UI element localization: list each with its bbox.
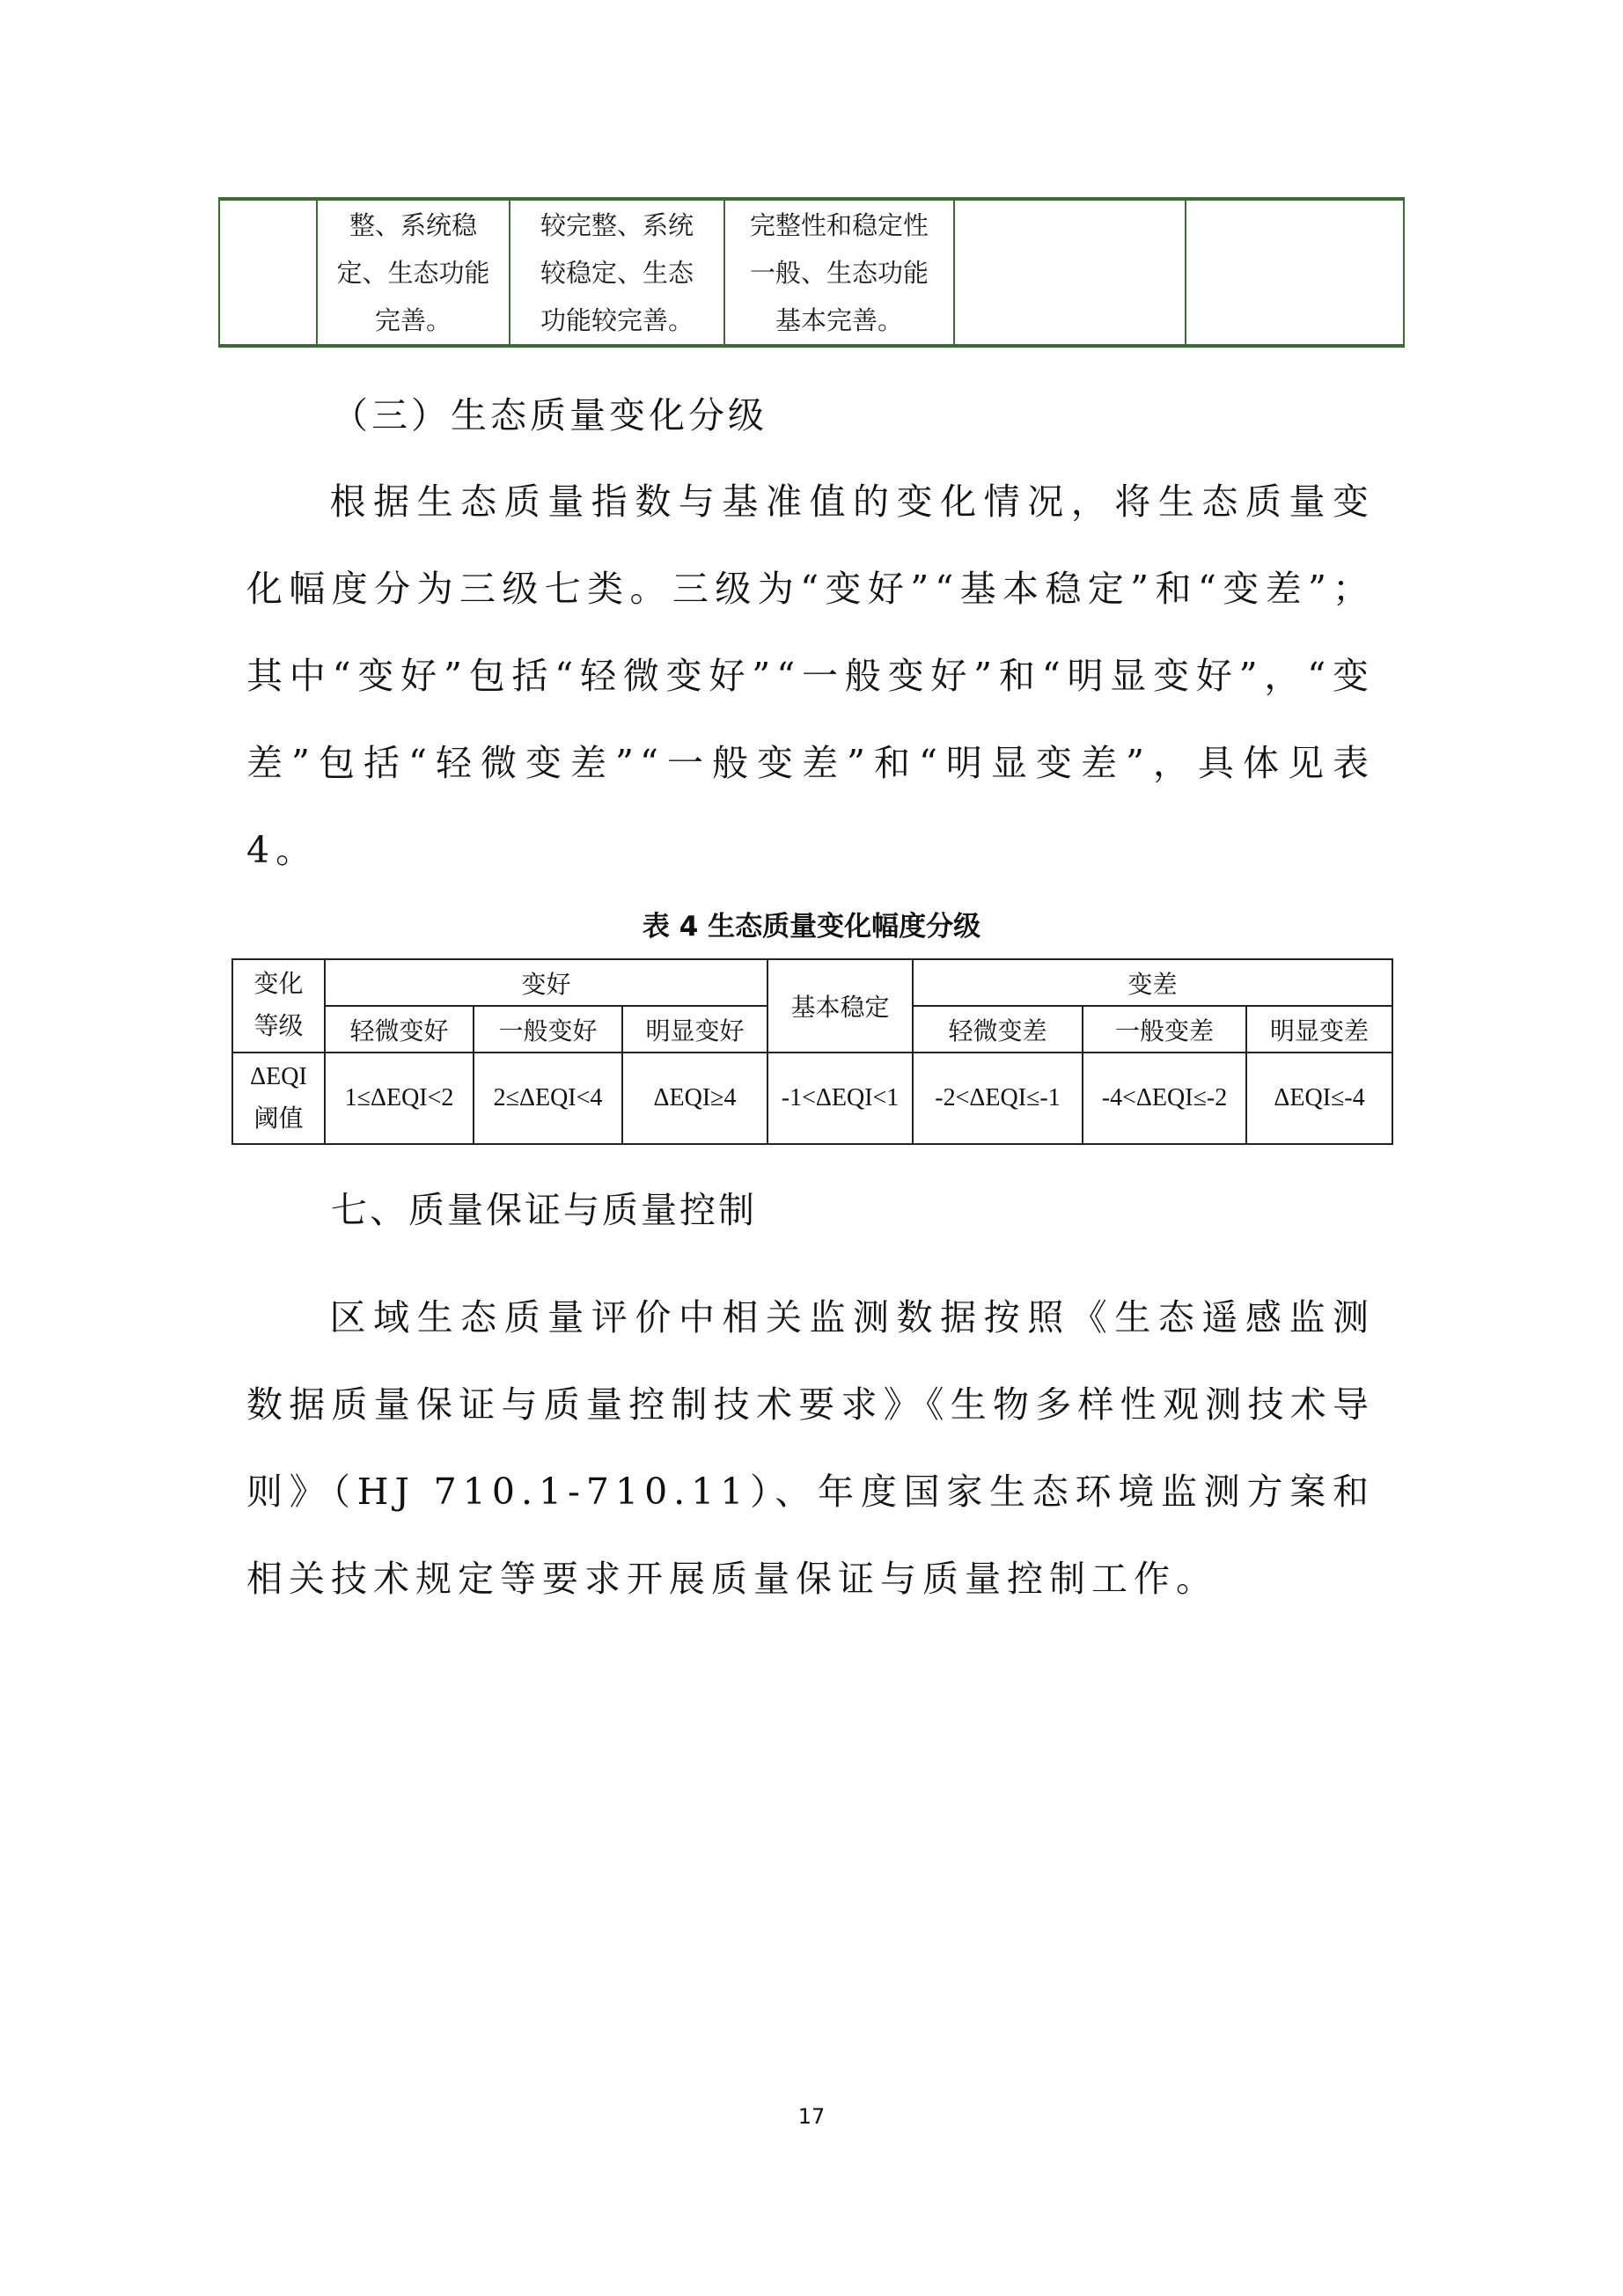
table-row: 整、系统稳 定、生态功能 完善。 较完整、系统 较稳定、生态 功能较完善。 完整… bbox=[219, 199, 1404, 346]
table-cell: 较完整、系统 较稳定、生态 功能较完善。 bbox=[510, 199, 724, 346]
threshold-cell: ΔEQI≥4 bbox=[622, 1053, 767, 1144]
threshold-cell: -4<ΔEQI≤-2 bbox=[1083, 1053, 1246, 1144]
table-header-row: 变化 等级 变好 基本稳定 变差 bbox=[232, 959, 1392, 1006]
subheader-cell: 一般变好 bbox=[474, 1006, 622, 1053]
subheader-cell: 明显变好 bbox=[622, 1006, 767, 1053]
section-heading-3: （三）生态质量变化分级 bbox=[332, 389, 767, 442]
paragraph-text: 区域生态质量评价中相关监测数据按照《生态遥感监测数据质量保证与质量控制技术要求》… bbox=[246, 1296, 1375, 1600]
table-cell bbox=[219, 199, 317, 346]
section-7-paragraph: 区域生态质量评价中相关监测数据按照《生态遥感监测数据质量保证与质量控制技术要求》… bbox=[246, 1274, 1375, 1623]
threshold-cell: ΔEQI≤-4 bbox=[1246, 1053, 1392, 1144]
group-header-stable: 基本稳定 bbox=[767, 959, 913, 1053]
subheader-cell: 一般变差 bbox=[1083, 1006, 1246, 1053]
table-cell: 整、系统稳 定、生态功能 完善。 bbox=[317, 199, 510, 346]
subheader-cell: 轻微变差 bbox=[913, 1006, 1083, 1053]
table-4: 变化 等级 变好 基本稳定 变差 轻微变好 一般变好 明显变好 轻微变差 一般变… bbox=[231, 958, 1393, 1145]
subheader-cell: 轻微变好 bbox=[325, 1006, 474, 1053]
table-cell bbox=[1186, 199, 1404, 346]
threshold-label-line: ΔEQI bbox=[233, 1056, 324, 1098]
subheader-cell: 明显变差 bbox=[1246, 1006, 1392, 1053]
table-cell: 完整性和稳定性 一般、生态功能 基本完善。 bbox=[724, 199, 954, 346]
previous-table-continuation: 整、系统稳 定、生态功能 完善。 较完整、系统 较稳定、生态 功能较完善。 完整… bbox=[218, 197, 1405, 348]
threshold-cell: -2<ΔEQI≤-1 bbox=[913, 1053, 1083, 1144]
threshold-cell: 1≤ΔEQI<2 bbox=[325, 1053, 474, 1144]
threshold-label-cell: ΔEQI 阈值 bbox=[232, 1053, 325, 1144]
row-header-line: 变化 bbox=[233, 964, 324, 1006]
page-number: 17 bbox=[0, 2102, 1623, 2131]
threshold-label-line: 阈值 bbox=[233, 1098, 324, 1141]
table-4-caption: 表 4 生态质量变化幅度分级 bbox=[0, 906, 1623, 947]
row-header-line: 等级 bbox=[233, 1006, 324, 1048]
section-heading-7: 七、质量保证与质量控制 bbox=[331, 1187, 757, 1233]
threshold-cell: 2≤ΔEQI<4 bbox=[474, 1053, 622, 1144]
row-header-cell: 变化 等级 bbox=[232, 959, 325, 1053]
group-header-improve: 变好 bbox=[325, 959, 767, 1006]
table-row: ΔEQI 阈值 1≤ΔEQI<2 2≤ΔEQI<4 ΔEQI≥4 -1<ΔEQI… bbox=[232, 1053, 1392, 1144]
section-3-paragraph: 根据生态质量指数与基准值的变化情况，将生态质量变化幅度分为三级七类。三级为“变好… bbox=[246, 458, 1375, 894]
threshold-cell: -1<ΔEQI<1 bbox=[767, 1053, 913, 1144]
group-header-worsen: 变差 bbox=[913, 959, 1392, 1006]
paragraph-text: 根据生态质量指数与基准值的变化情况，将生态质量变化幅度分为三级七类。三级为“变好… bbox=[246, 480, 1375, 871]
table-cell bbox=[954, 199, 1186, 346]
